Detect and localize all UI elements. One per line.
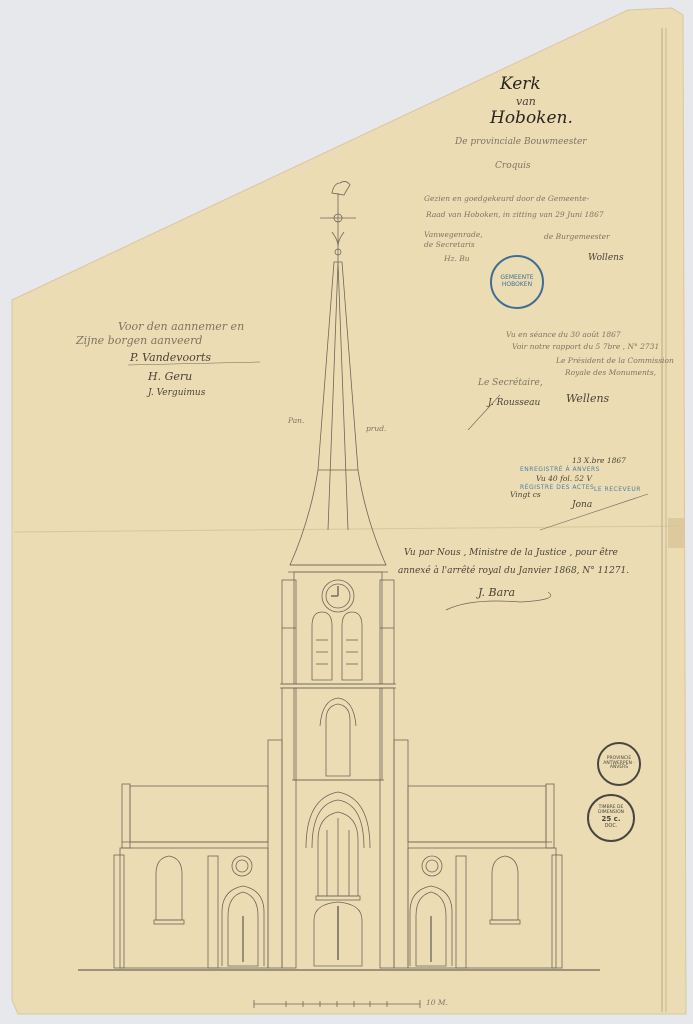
registration-line-a: Vu 40 fol. 52 V: [536, 474, 592, 483]
council-secretary-label: Vanwegenrade,: [424, 230, 483, 239]
duty-stamp: TIMBRE DE DIMENSION 25 c. DOC.: [587, 794, 635, 842]
contractor-line-1: Voor den aannemer en: [118, 320, 244, 333]
commission-secretary-signature: J. Rousseau: [488, 398, 540, 408]
council-mayor-signature: Wollens: [588, 253, 624, 263]
document-sheet: Kerk van Hoboken. De provinciale Bouwmee…: [0, 0, 693, 1024]
paper-and-drawing: [0, 0, 693, 1024]
commission-president-signature: Wellens: [566, 392, 609, 405]
council-mayor-label: de Burgemeester: [544, 232, 610, 241]
registration-stamp-line-3: LE RECEVEUR: [594, 486, 641, 493]
commission-president-line-2: Royale des Monuments,: [565, 368, 656, 377]
commission-secretary-label: Le Secrétaire,: [478, 378, 543, 388]
margin-note-left: Pan.: [288, 416, 304, 425]
ministerial-line-2: annexé à l'arrêté royal du Janvier 1868,…: [398, 566, 629, 576]
council-line-2: Raad van Hoboken, in zitting van 29 Juni…: [426, 210, 604, 219]
contractor-signature-2: H. Geru: [148, 370, 192, 383]
margin-note-right: prud.: [366, 424, 386, 433]
council-secretary-signature: Hz. Bu: [444, 254, 470, 263]
scale-bar-label: 10 M.: [426, 998, 448, 1007]
contractor-signature-1: P. Vandevoorts: [130, 351, 211, 364]
registration-stamp-line-1: ENREGISTRÉ À ANVERS: [520, 466, 600, 473]
registration-line-b: Vingt cs: [510, 490, 541, 499]
province-stamp: PROVINCIE ANTWERPEN · ANVERS: [597, 742, 641, 786]
commission-president-line-1: Le Président de la Commission: [556, 356, 674, 365]
commission-line-2: Voir notre rapport du 5 7bre , N° 2731: [512, 342, 659, 351]
registration-date: 13 X.bre 1867: [572, 456, 626, 465]
commission-line-1: Vu en séance du 30 août 1867: [506, 330, 621, 339]
registration-signature: Jona: [572, 500, 592, 510]
author-line: De provinciale Bouwmeester: [455, 137, 587, 147]
title-line-2: van: [516, 95, 536, 108]
author-signature: Croquis: [495, 161, 531, 171]
contractor-signature-3: J. Verguimus: [148, 388, 205, 398]
title-line-1: Kerk: [500, 74, 541, 94]
registration-stamp-line-2: RÉGISTRE DES ACTES: [520, 484, 594, 491]
ministerial-signature: J. Bara: [478, 586, 515, 599]
council-secretary-title: de Secretaris: [424, 240, 475, 249]
ministerial-line-1: Vu par Nous , Ministre de la Justice , p…: [404, 548, 618, 558]
council-line-1: Gezien en goedgekeurd door de Gemeente-: [424, 194, 589, 203]
title-line-3: Hoboken.: [490, 108, 573, 128]
council-stamp: GEMEENTE HOBOKEN: [490, 255, 544, 309]
contractor-line-2: Zijne borgen aanveerd: [76, 334, 202, 347]
